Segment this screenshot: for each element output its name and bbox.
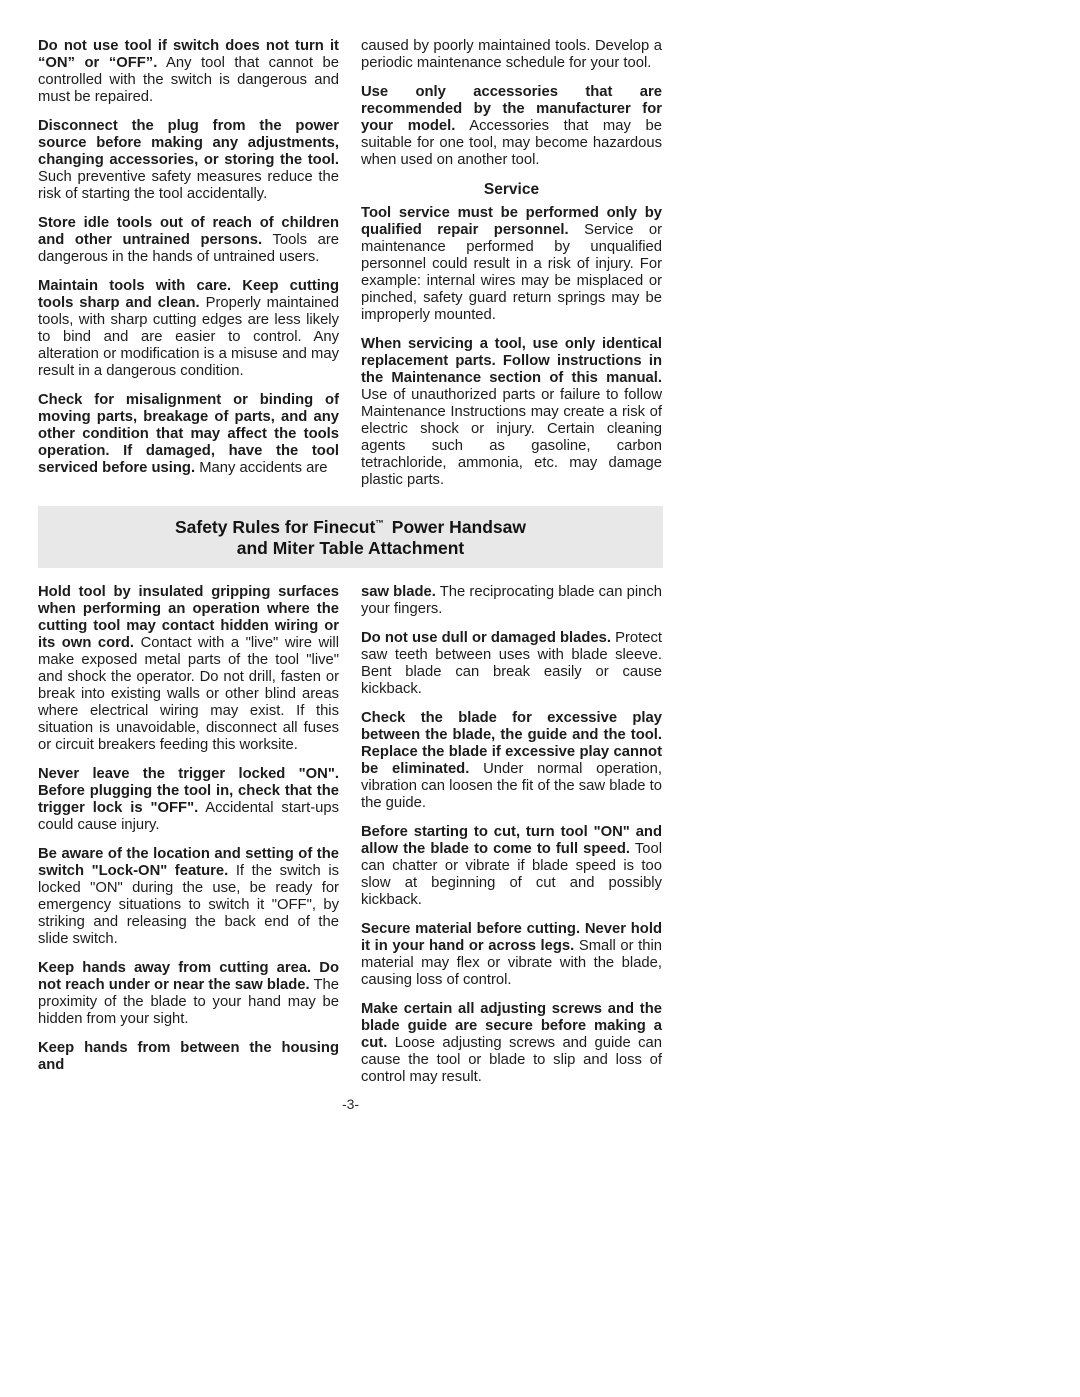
paragraph-bold-lead: Keep hands from between the housing and [38,1040,339,1073]
safety-paragraph: Use only accessories that are recommende… [361,84,662,169]
paragraph-bold-lead: saw blade. [361,584,436,600]
bottom-section: Hold tool by insulated gripping surfaces… [38,584,663,1086]
paragraph-body-text: caused by poorly maintained tools. Devel… [361,38,662,71]
banner-title-part2: Power Handsaw [392,517,526,537]
trademark-symbol: ™ [375,518,384,528]
paragraph-bold-lead: When servicing a tool, use only identica… [361,336,662,386]
page-number: -3- [38,1096,663,1112]
paragraph-body-text: Contact with a "live" wire will make exp… [38,635,339,753]
top-section: Do not use tool if switch does not turn … [38,38,663,489]
paragraph-body-text: Loose adjusting screws and guide can cau… [361,1035,662,1085]
service-heading: Service [361,181,662,198]
safety-paragraph: saw blade. The reciprocating blade can p… [361,584,662,618]
safety-paragraph: Check the blade for excessive play betwe… [361,710,662,812]
safety-paragraph: Secure material before cutting. Never ho… [361,921,662,989]
paragraph-body-text: Such preventive safety measures reduce t… [38,169,339,202]
paragraph-body-text: Use of unauthorized parts or failure to … [361,387,662,488]
paragraph-bold-lead: Before starting to cut, turn tool "ON" a… [361,824,662,857]
banner-title-line1: Safety Rules for Finecut™Power Handsaw [46,513,655,538]
paragraph-bold-lead: Keep hands away from cutting area. Do no… [38,960,339,993]
safety-paragraph: Never leave the trigger locked "ON". Bef… [38,766,339,834]
safety-paragraph: caused by poorly maintained tools. Devel… [361,38,662,72]
safety-paragraph: Do not use dull or damaged blades. Prote… [361,630,662,698]
safety-paragraph: Hold tool by insulated gripping surfaces… [38,584,339,754]
bottom-right-column: saw blade. The reciprocating blade can p… [361,584,662,1086]
top-left-column: Do not use tool if switch does not turn … [38,38,339,489]
paragraph-body-text: Many accidents are [199,460,327,476]
section-banner: Safety Rules for Finecut™Power Handsaw a… [38,506,663,568]
manual-page: Do not use tool if switch does not turn … [0,0,1080,1397]
safety-paragraph: Keep hands away from cutting area. Do no… [38,960,339,1028]
safety-paragraph: Keep hands from between the housing and [38,1040,339,1074]
safety-paragraph: Maintain tools with care. Keep cutting t… [38,278,339,380]
banner-title-part1: Safety Rules for Finecut [175,517,375,537]
paragraph-bold-lead: Do not use dull or damaged blades. [361,630,611,646]
safety-paragraph: Tool service must be performed only by q… [361,205,662,324]
banner-title-line2: and Miter Table Attachment [46,538,655,559]
document-content: Do not use tool if switch does not turn … [38,38,663,1112]
safety-paragraph: Disconnect the plug from the power sourc… [38,118,339,203]
safety-paragraph: Do not use tool if switch does not turn … [38,38,339,106]
safety-paragraph: Store idle tools out of reach of childre… [38,215,339,266]
top-right-column: caused by poorly maintained tools. Devel… [361,38,662,489]
safety-paragraph: When servicing a tool, use only identica… [361,336,662,489]
safety-paragraph: Check for misalignment or binding of mov… [38,392,339,477]
safety-paragraph: Make certain all adjusting screws and th… [361,1001,662,1086]
bottom-left-column: Hold tool by insulated gripping surfaces… [38,584,339,1086]
paragraph-bold-lead: Disconnect the plug from the power sourc… [38,118,339,168]
safety-paragraph: Before starting to cut, turn tool "ON" a… [361,824,662,909]
safety-paragraph: Be aware of the location and setting of … [38,846,339,948]
